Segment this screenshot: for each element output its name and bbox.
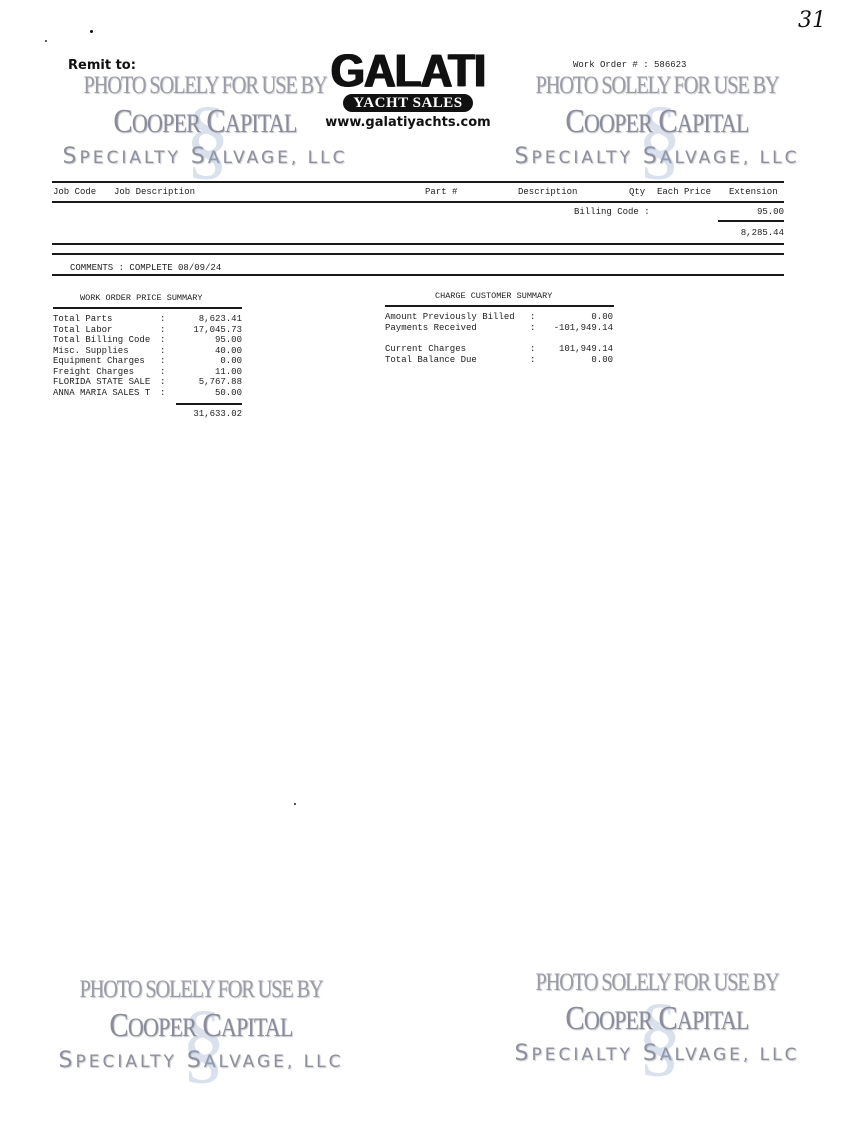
comments: COMMENTS : COMPLETE 08/09/24 bbox=[70, 263, 221, 273]
watermark-line1: PHOTO SOLELY FOR USE BY bbox=[522, 969, 793, 997]
summary-row-value: 0.00 bbox=[160, 356, 242, 367]
watermark-line2: COOPER CAPITAL bbox=[517, 999, 798, 1041]
watermark-top-right: § PHOTO SOLELY FOR USE BY COOPER CAPITAL… bbox=[492, 72, 822, 171]
page-number: 31 bbox=[798, 8, 826, 33]
summary-row-label: ANNA MARIA SALES T bbox=[53, 388, 150, 399]
watermark-line1: PHOTO SOLELY FOR USE BY bbox=[66, 976, 337, 1004]
customer-row-label: Payments Received bbox=[385, 323, 477, 334]
summary-row-label: Total Parts bbox=[53, 314, 112, 325]
subtotal-rule bbox=[718, 220, 784, 222]
logo-name: GALATI bbox=[318, 51, 498, 93]
summary-row-label: Misc. Supplies bbox=[53, 346, 129, 357]
scan-speck bbox=[294, 803, 296, 805]
customer-summary-rule bbox=[385, 305, 614, 307]
summary-row-value: 11.00 bbox=[160, 367, 242, 378]
watermark-line1: PHOTO SOLELY FOR USE BY bbox=[70, 72, 341, 100]
work-order-summary-title: WORK ORDER PRICE SUMMARY bbox=[80, 293, 202, 303]
section-mark-icon: § bbox=[185, 94, 230, 184]
billing-code-value: 95.00 bbox=[700, 207, 784, 217]
watermark-line3: SPECIALTY SALVAGE, LLC bbox=[492, 144, 822, 171]
work-order-number: Work Order # : 586623 bbox=[573, 60, 686, 70]
table-header-rule bbox=[52, 201, 784, 203]
summary-row-label: FLORIDA STATE SALE bbox=[53, 377, 150, 388]
watermark-line1: PHOTO SOLELY FOR USE BY bbox=[522, 72, 793, 100]
section-mark-icon: § bbox=[181, 998, 226, 1088]
summary-row-value: 5,767.88 bbox=[160, 377, 242, 388]
work-order-total: 31,633.02 bbox=[160, 409, 242, 419]
summary-row-value: 8,623.41 bbox=[160, 314, 242, 325]
summary-row-label: Total Labor bbox=[53, 325, 112, 336]
comments-bottom-rule bbox=[52, 274, 784, 276]
comments-top-rule bbox=[52, 253, 784, 255]
customer-row-value: 101,949.14 bbox=[530, 344, 613, 355]
col-each-price: Each Price bbox=[657, 187, 711, 197]
billing-code-label: Billing Code : bbox=[574, 207, 650, 217]
col-part-number: Part # bbox=[425, 187, 457, 197]
work-order-summary-rule bbox=[53, 307, 242, 309]
col-description: Description bbox=[518, 187, 577, 197]
summary-row-value: 50.00 bbox=[160, 388, 242, 399]
section-mark-icon: § bbox=[637, 94, 682, 184]
logo-url: www.galatiyachts.com bbox=[318, 115, 498, 130]
watermark-line2: COOPER CAPITAL bbox=[61, 1006, 342, 1048]
work-order-total-rule bbox=[176, 403, 242, 405]
watermark-line2: COOPER CAPITAL bbox=[65, 102, 346, 144]
customer-row-value: 0.00 bbox=[530, 355, 613, 366]
customer-summary-title: CHARGE CUSTOMER SUMMARY bbox=[435, 291, 552, 301]
customer-row-label: Current Charges bbox=[385, 344, 466, 355]
customer-row-label: Total Balance Due bbox=[385, 355, 477, 366]
watermark-line3: SPECIALTY SALVAGE, LLC bbox=[36, 1048, 366, 1075]
scan-speck bbox=[90, 30, 93, 33]
summary-row-label: Equipment Charges bbox=[53, 356, 145, 367]
watermark-bottom-left: § PHOTO SOLELY FOR USE BY COOPER CAPITAL… bbox=[36, 976, 366, 1075]
col-job-description: Job Description bbox=[114, 187, 195, 197]
scan-speck bbox=[45, 40, 47, 42]
customer-row-value: -101,949.14 bbox=[530, 323, 613, 334]
col-extension: Extension bbox=[729, 187, 778, 197]
section-mark-icon: § bbox=[637, 991, 682, 1081]
customer-row-value: 0.00 bbox=[530, 312, 613, 323]
table-top-rule bbox=[52, 181, 784, 183]
summary-row-label: Freight Charges bbox=[53, 367, 134, 378]
summary-row-value: 95.00 bbox=[160, 335, 242, 346]
watermark-line3: SPECIALTY SALVAGE, LLC bbox=[492, 1041, 822, 1068]
customer-row-label: Amount Previously Billed bbox=[385, 312, 515, 323]
summary-row-value: 40.00 bbox=[160, 346, 242, 357]
col-qty: Qty bbox=[629, 187, 645, 197]
remit-to-label: Remit to: bbox=[68, 58, 136, 73]
col-job-code: Job Code bbox=[53, 187, 96, 197]
watermark-line2: COOPER CAPITAL bbox=[517, 102, 798, 144]
watermark-bottom-right: § PHOTO SOLELY FOR USE BY COOPER CAPITAL… bbox=[492, 969, 822, 1068]
galati-logo: GALATI YACHT SALES www.galatiyachts.com bbox=[318, 52, 498, 130]
table-bottom-rule bbox=[52, 243, 784, 245]
subtotal-value: 8,285.44 bbox=[700, 228, 784, 238]
summary-row-value: 17,045.73 bbox=[160, 325, 242, 336]
summary-row-label: Total Billing Code bbox=[53, 335, 150, 346]
watermark-line3: SPECIALTY SALVAGE, LLC bbox=[40, 144, 370, 171]
